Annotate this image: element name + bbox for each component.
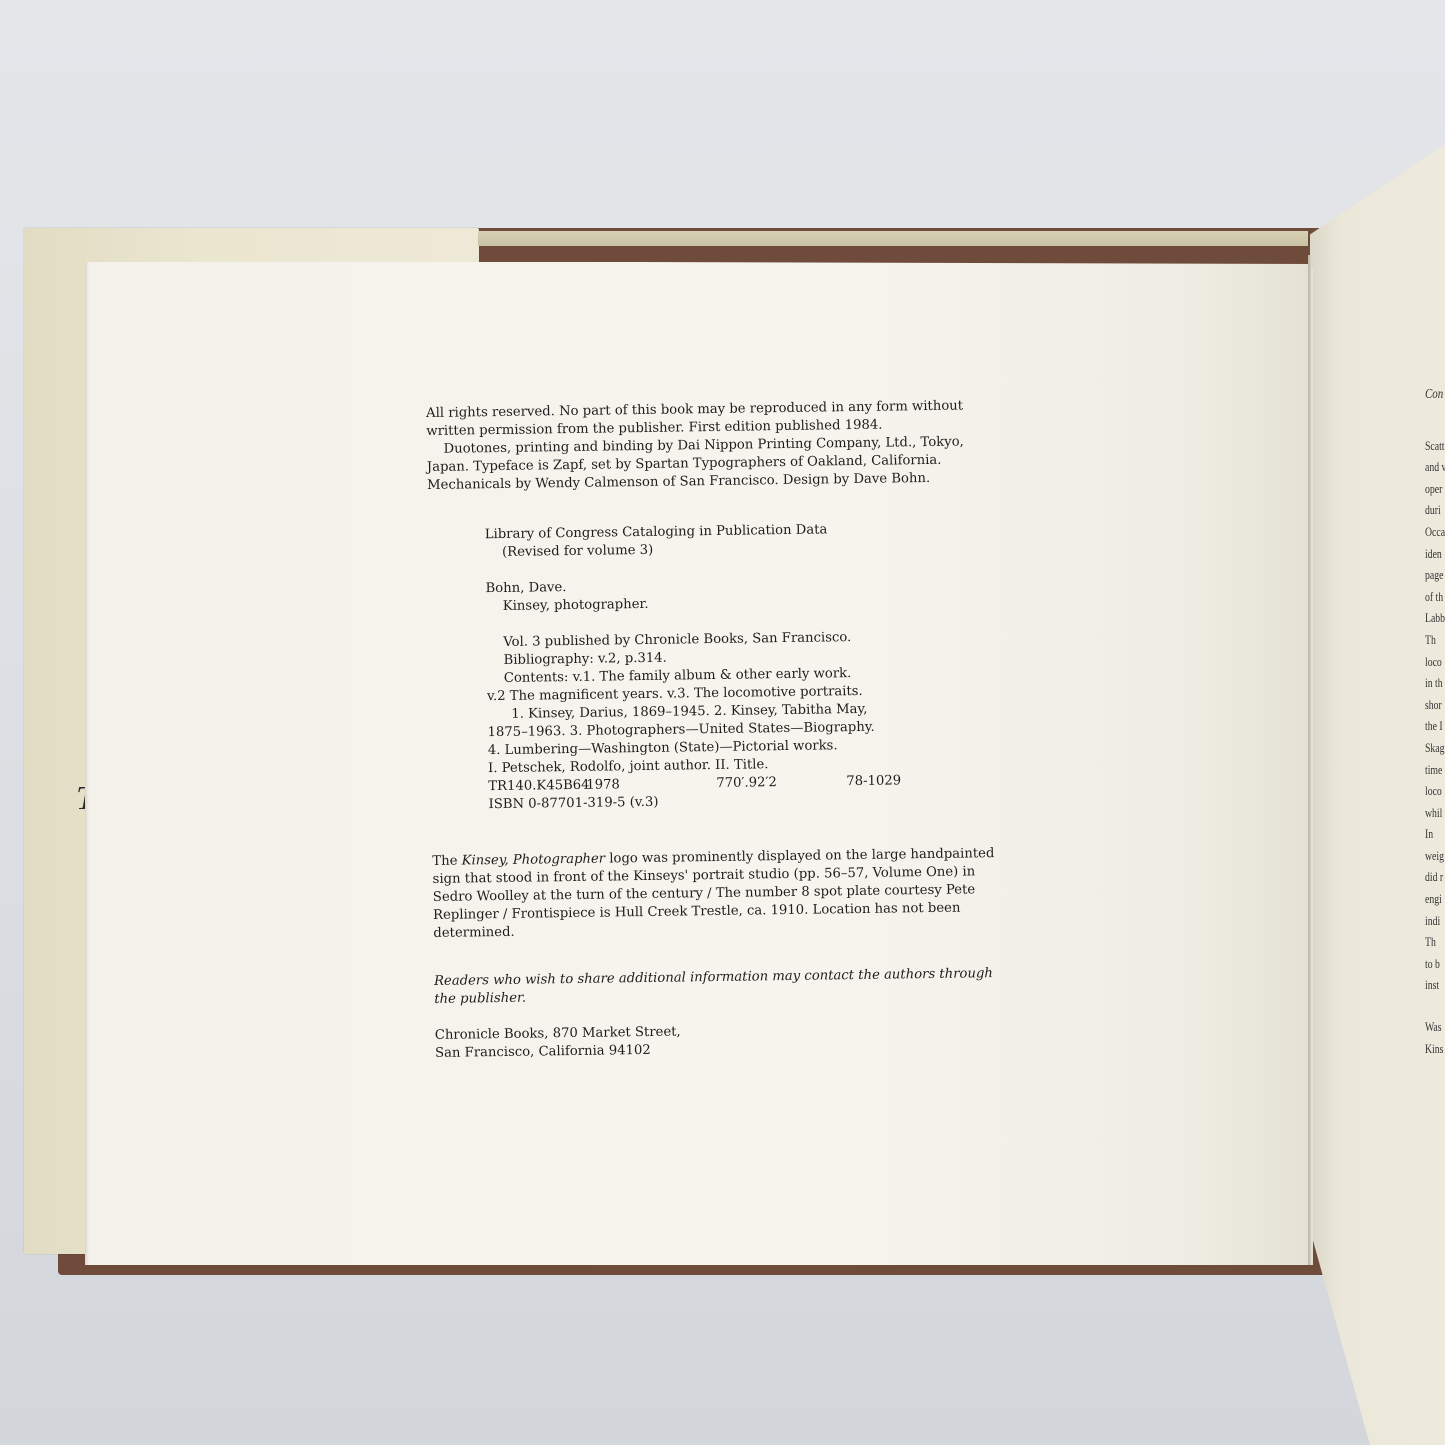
facing-line: the I [1425, 716, 1445, 738]
facing-line: loco [1425, 652, 1445, 674]
endpaper-top-strip [478, 231, 1308, 246]
facing-line: and v [1425, 457, 1445, 479]
facing-line: page [1425, 565, 1445, 587]
facing-line: inst [1425, 975, 1445, 997]
facing-page-text: Con Scatt and v oper duri Occa iden page… [1425, 384, 1445, 1060]
facing-line: did r [1425, 867, 1445, 889]
facing-line: shor [1425, 695, 1445, 717]
facing-line: loco [1425, 781, 1445, 803]
facing-line: indi [1425, 911, 1445, 933]
logo-credits-note: The Kinsey, Photographer logo was promin… [432, 844, 1043, 943]
facing-line: weig [1425, 846, 1445, 868]
facing-line: time [1425, 760, 1445, 782]
facing-line: Scatt [1425, 436, 1445, 458]
facing-line: engi [1425, 889, 1445, 911]
lccn: 78-1029 [846, 772, 901, 791]
facing-page-title: Con [1425, 384, 1445, 406]
book-gutter [1308, 255, 1311, 1265]
facing-line: whil [1425, 803, 1445, 825]
facing-line: duri [1425, 500, 1445, 522]
facing-line: In [1425, 824, 1445, 846]
publication-year: 1978 [578, 775, 716, 795]
facing-line: Th [1425, 630, 1445, 652]
facing-line: iden [1425, 544, 1445, 566]
facing-line: Th [1425, 932, 1445, 954]
cip-data-block: Library of Congress Cataloging in Public… [485, 518, 1042, 814]
facing-line: Skag [1425, 738, 1445, 760]
facing-line: oper [1425, 479, 1445, 501]
readers-note: Readers who wish to share additional inf… [434, 964, 1044, 1009]
book-title-italic: Kinsey, Photographer [462, 852, 606, 869]
facing-line: in th [1425, 673, 1445, 695]
facing-line: to b [1425, 954, 1445, 976]
facing-line: Was [1425, 1017, 1445, 1039]
copyright-text-block: All rights reserved. No part of this boo… [426, 396, 1045, 1062]
facing-line: of th [1425, 587, 1445, 609]
facing-line: Occa [1425, 522, 1445, 544]
facing-line: Kins [1425, 1039, 1445, 1061]
dewey-number: 770′.92′2 [716, 773, 846, 793]
facing-line: Labb [1425, 608, 1445, 630]
rights-statement: All rights reserved. No part of this boo… [426, 396, 1037, 495]
lc-classification: TR140.K45B64 [488, 777, 578, 796]
